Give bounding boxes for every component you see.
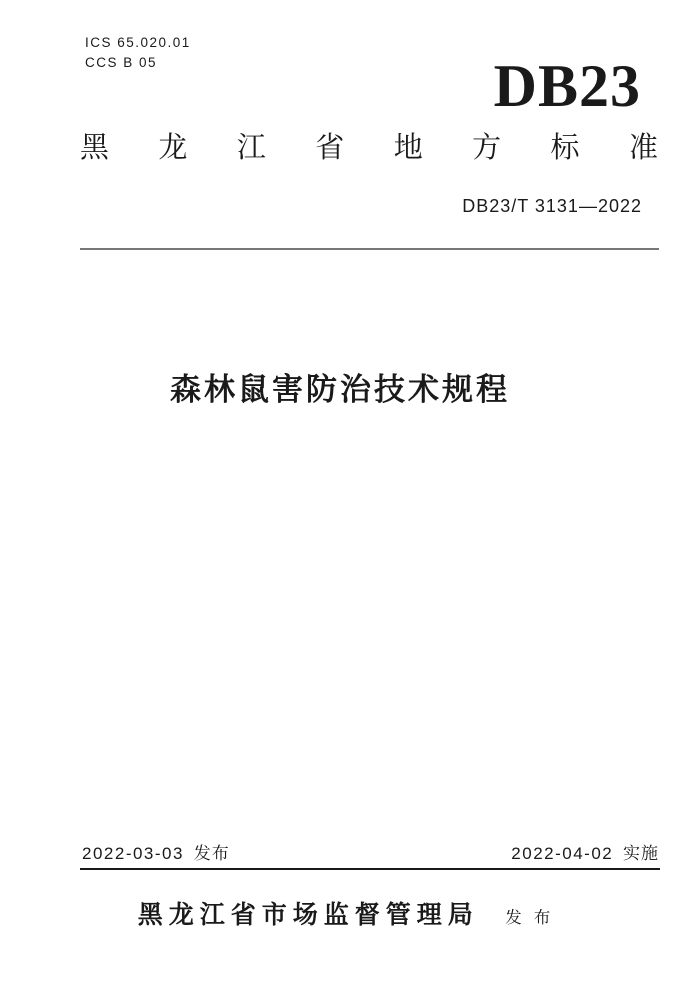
- header-divider-line: [80, 248, 659, 250]
- implement-date-group: 2022-04-02 实施: [511, 843, 659, 865]
- issue-label: 发布: [194, 844, 230, 863]
- publish-label: 发布: [505, 909, 562, 927]
- document-title: 森林鼠害防治技术规程: [0, 371, 680, 408]
- db-logo: DB23: [494, 56, 641, 116]
- footer-divider-line: [80, 868, 660, 870]
- standard-name-char: 方: [472, 133, 501, 165]
- issue-date: 2022-03-03: [82, 844, 184, 863]
- implement-label: 实施: [623, 844, 659, 863]
- dates-row: 2022-03-03 发布 2022-04-02 实施: [82, 843, 659, 865]
- standard-name-char: 江: [237, 133, 266, 165]
- standard-name-char: 地: [394, 133, 423, 165]
- ics-code: ICS 65.020.01: [85, 35, 191, 50]
- publisher-row: 黑龙江省市场监督管理局 发布: [0, 895, 700, 931]
- ccs-code: CCS B 05: [85, 55, 157, 70]
- standard-type-name: 黑 龙 江 省 地 方 标 准: [80, 133, 658, 165]
- implement-date: 2022-04-02: [511, 844, 613, 863]
- standard-name-char: 标: [551, 133, 580, 165]
- standard-cover-page: ICS 65.020.01 CCS B 05 DB23 黑 龙 江 省 地 方 …: [0, 0, 700, 990]
- standard-number: DB23/T 3131—2022: [462, 196, 642, 217]
- standard-name-char: 龙: [158, 133, 187, 165]
- standard-name-char: 黑: [80, 133, 109, 165]
- publisher-name: 黑龙江省市场监督管理局: [138, 902, 479, 929]
- standard-name-char: 准: [629, 133, 658, 165]
- issue-date-group: 2022-03-03 发布: [82, 843, 230, 865]
- standard-name-char: 省: [315, 133, 344, 165]
